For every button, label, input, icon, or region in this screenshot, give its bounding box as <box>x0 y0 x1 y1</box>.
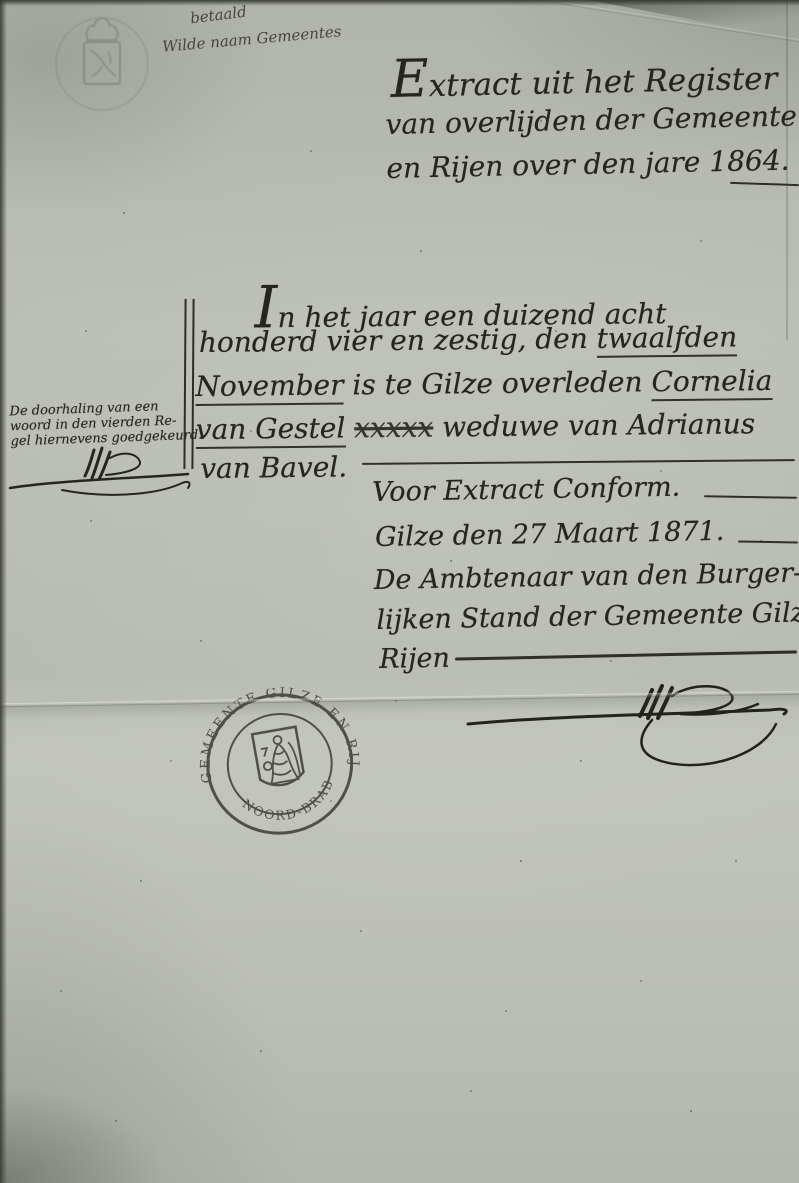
body-line-5: van Bavel. <box>200 450 347 485</box>
body-line-2: honderd vier en zestig, den twaalfden <box>199 320 738 359</box>
body-line-3-underlined-month: November <box>195 368 344 406</box>
stamp-shield-figure <box>259 733 300 784</box>
attestation-line-4: lijken Stand der Gemeente Gilze en <box>376 596 799 635</box>
body-line-3: November is te Gilze overleden Cornelia <box>195 364 772 403</box>
photo-corner-bottom-left <box>0 1093 160 1183</box>
embossed-tax-seal-icon <box>48 4 156 112</box>
body-line-4-underlined-surname: van Gestel <box>196 411 346 449</box>
header-line-1: Extract uit het Register <box>390 42 778 110</box>
crease-right-edge <box>786 0 788 340</box>
official-signature <box>440 662 798 777</box>
attestation-line-2-rule <box>738 540 798 543</box>
body-line-3-text: is te Gilze overleden <box>343 365 651 401</box>
header-end-rule <box>730 182 799 186</box>
attestation-line-1: Voor Extract Conform. <box>372 472 681 508</box>
body-line-4-struck-word: xxxxx <box>354 411 433 445</box>
attestation-line-5-rule <box>455 650 797 660</box>
pencil-annotation-line1: betaald <box>189 3 248 28</box>
photo-corner-top-right <box>589 0 799 40</box>
photo-edge-left <box>0 0 7 1183</box>
attestation-line-2: Gilze den 27 Maart 1871. <box>375 516 725 553</box>
header-line-3: en Rijen over den jare 1864. <box>386 144 790 185</box>
body-line-2-text: honderd vier en zestig, den <box>199 322 597 359</box>
attestation-line-1-rule <box>704 495 797 499</box>
body-end-rule <box>362 459 795 465</box>
body-line-4: van Gestel xxxxx weduwe van Adrianus <box>196 407 756 446</box>
clerk-initials-signature <box>2 438 202 508</box>
document-header: Extract uit het Register van overlijden … <box>384 42 772 110</box>
body-line-3-underlined-name: Cornelia <box>651 364 772 401</box>
body-line-4-text: weduwe van Adrianus <box>433 407 755 443</box>
attestation-line-3: De Ambtenaar van den Burger- <box>374 558 799 596</box>
body-line-2-underlined-word: twaalfden <box>597 320 738 357</box>
pencil-annotation-line2: Wilde naam Gemeentes <box>162 22 343 56</box>
document-photo: betaald Wilde naam Gemeentes Extract uit… <box>0 0 799 1183</box>
